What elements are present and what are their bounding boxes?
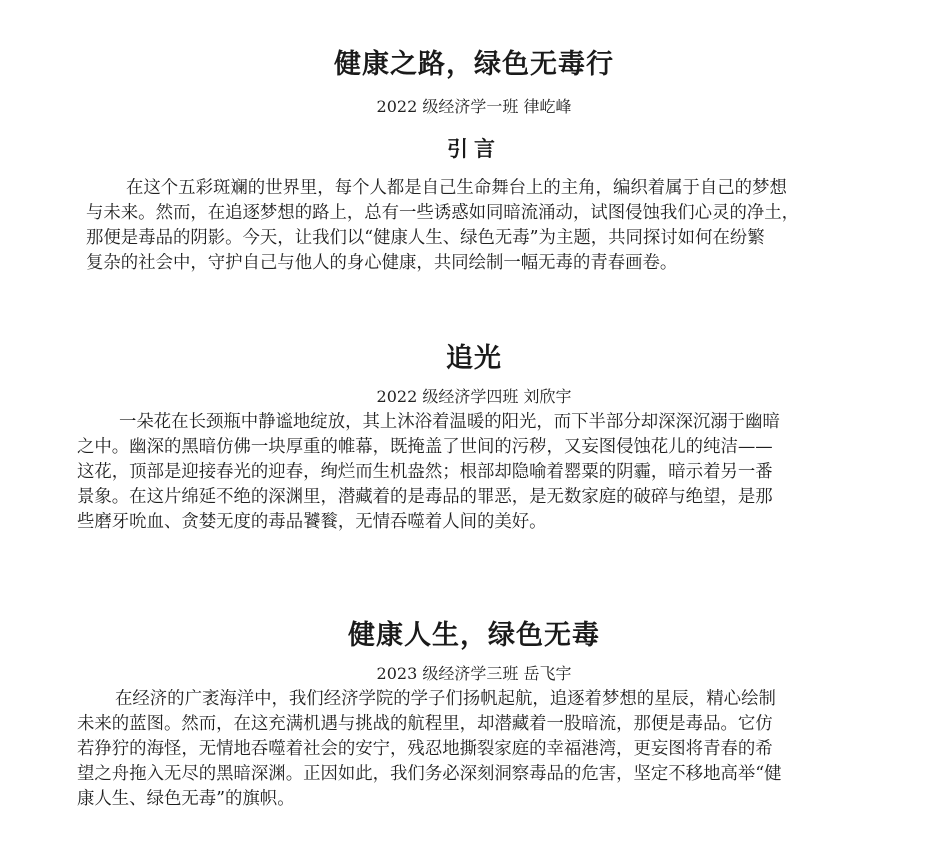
paragraph-line: 康人生、绿色无毒”的旗帜。	[77, 787, 867, 812]
paragraph-line: 复杂的社会中，守护自己与他人的身心健康，共同绘制一幅无毒的青春画卷。	[86, 251, 866, 276]
article-2-byline: 2022 级经济学四班 刘欣宇	[0, 384, 948, 407]
article-1-title: 健康之路，绿色无毒行	[0, 42, 948, 81]
article-1-byline: 2022 级经济学一班 律屹峰	[0, 94, 948, 117]
article-1-section-heading: 引言	[0, 133, 948, 163]
paragraph-line: 那便是毒品的阴影。今天，让我们以“健康人生、绿色无毒”为主题，共同探讨如何在纷繁	[86, 226, 866, 251]
article-3-paragraph: 在经济的广袤海洋中，我们经济学院的学子们扬帆起航，追逐着梦想的星辰，精心绘制 未…	[77, 687, 867, 812]
paragraph-line: 一朵花在长颈瓶中静谧地绽放，其上沐浴着温暖的阳光，而下半部分却深深沉溺于幽暗	[77, 410, 867, 435]
article-3-title: 健康人生，绿色无毒	[0, 613, 948, 652]
paragraph-line: 未来的蓝图。然而，在这充满机遇与挑战的航程里，却潜藏着一股暗流，那便是毒品。它仿	[77, 712, 867, 737]
paragraph-line: 若狰狞的海怪，无情地吞噬着社会的安宁，残忍地撕裂家庭的幸福港湾，更妄图将青春的希	[77, 737, 867, 762]
article-1-paragraph: 在这个五彩斑斓的世界里，每个人都是自己生命舞台上的主角，编织着属于自己的梦想 与…	[86, 176, 866, 276]
paragraph-line: 景象。在这片绵延不绝的深渊里，潜藏着的是毒品的罪恶，是无数家庭的破碎与绝望，是那	[77, 485, 867, 510]
paragraph-line: 这花，顶部是迎接春光的迎春，绚烂而生机盎然；根部却隐喻着罂粟的阴霾，暗示着另一番	[77, 460, 867, 485]
paragraph-line: 之中。幽深的黑暗仿佛一块厚重的帷幕，既掩盖了世间的污秽，又妄图侵蚀花儿的纯洁——	[77, 435, 867, 460]
paragraph-line: 些磨牙吮血、贪婪无度的毒品饕餮，无情吞噬着人间的美好。	[77, 510, 867, 535]
paragraph-line: 在经济的广袤海洋中，我们经济学院的学子们扬帆起航，追逐着梦想的星辰，精心绘制	[77, 687, 867, 712]
article-2-paragraph: 一朵花在长颈瓶中静谧地绽放，其上沐浴着温暖的阳光，而下半部分却深深沉溺于幽暗 之…	[77, 410, 867, 535]
article-3-byline: 2023 级经济学三班 岳飞宇	[0, 661, 948, 684]
paragraph-line: 望之舟拖入无尽的黑暗深渊。正因如此，我们务必深刻洞察毒品的危害，坚定不移地高举“…	[77, 762, 867, 787]
article-2-title: 追光	[0, 336, 948, 375]
paragraph-line: 与未来。然而，在追逐梦想的路上，总有一些诱惑如同暗流涌动，试图侵蚀我们心灵的净土…	[86, 201, 866, 226]
paragraph-line: 在这个五彩斑斓的世界里，每个人都是自己生命舞台上的主角，编织着属于自己的梦想	[86, 176, 866, 201]
